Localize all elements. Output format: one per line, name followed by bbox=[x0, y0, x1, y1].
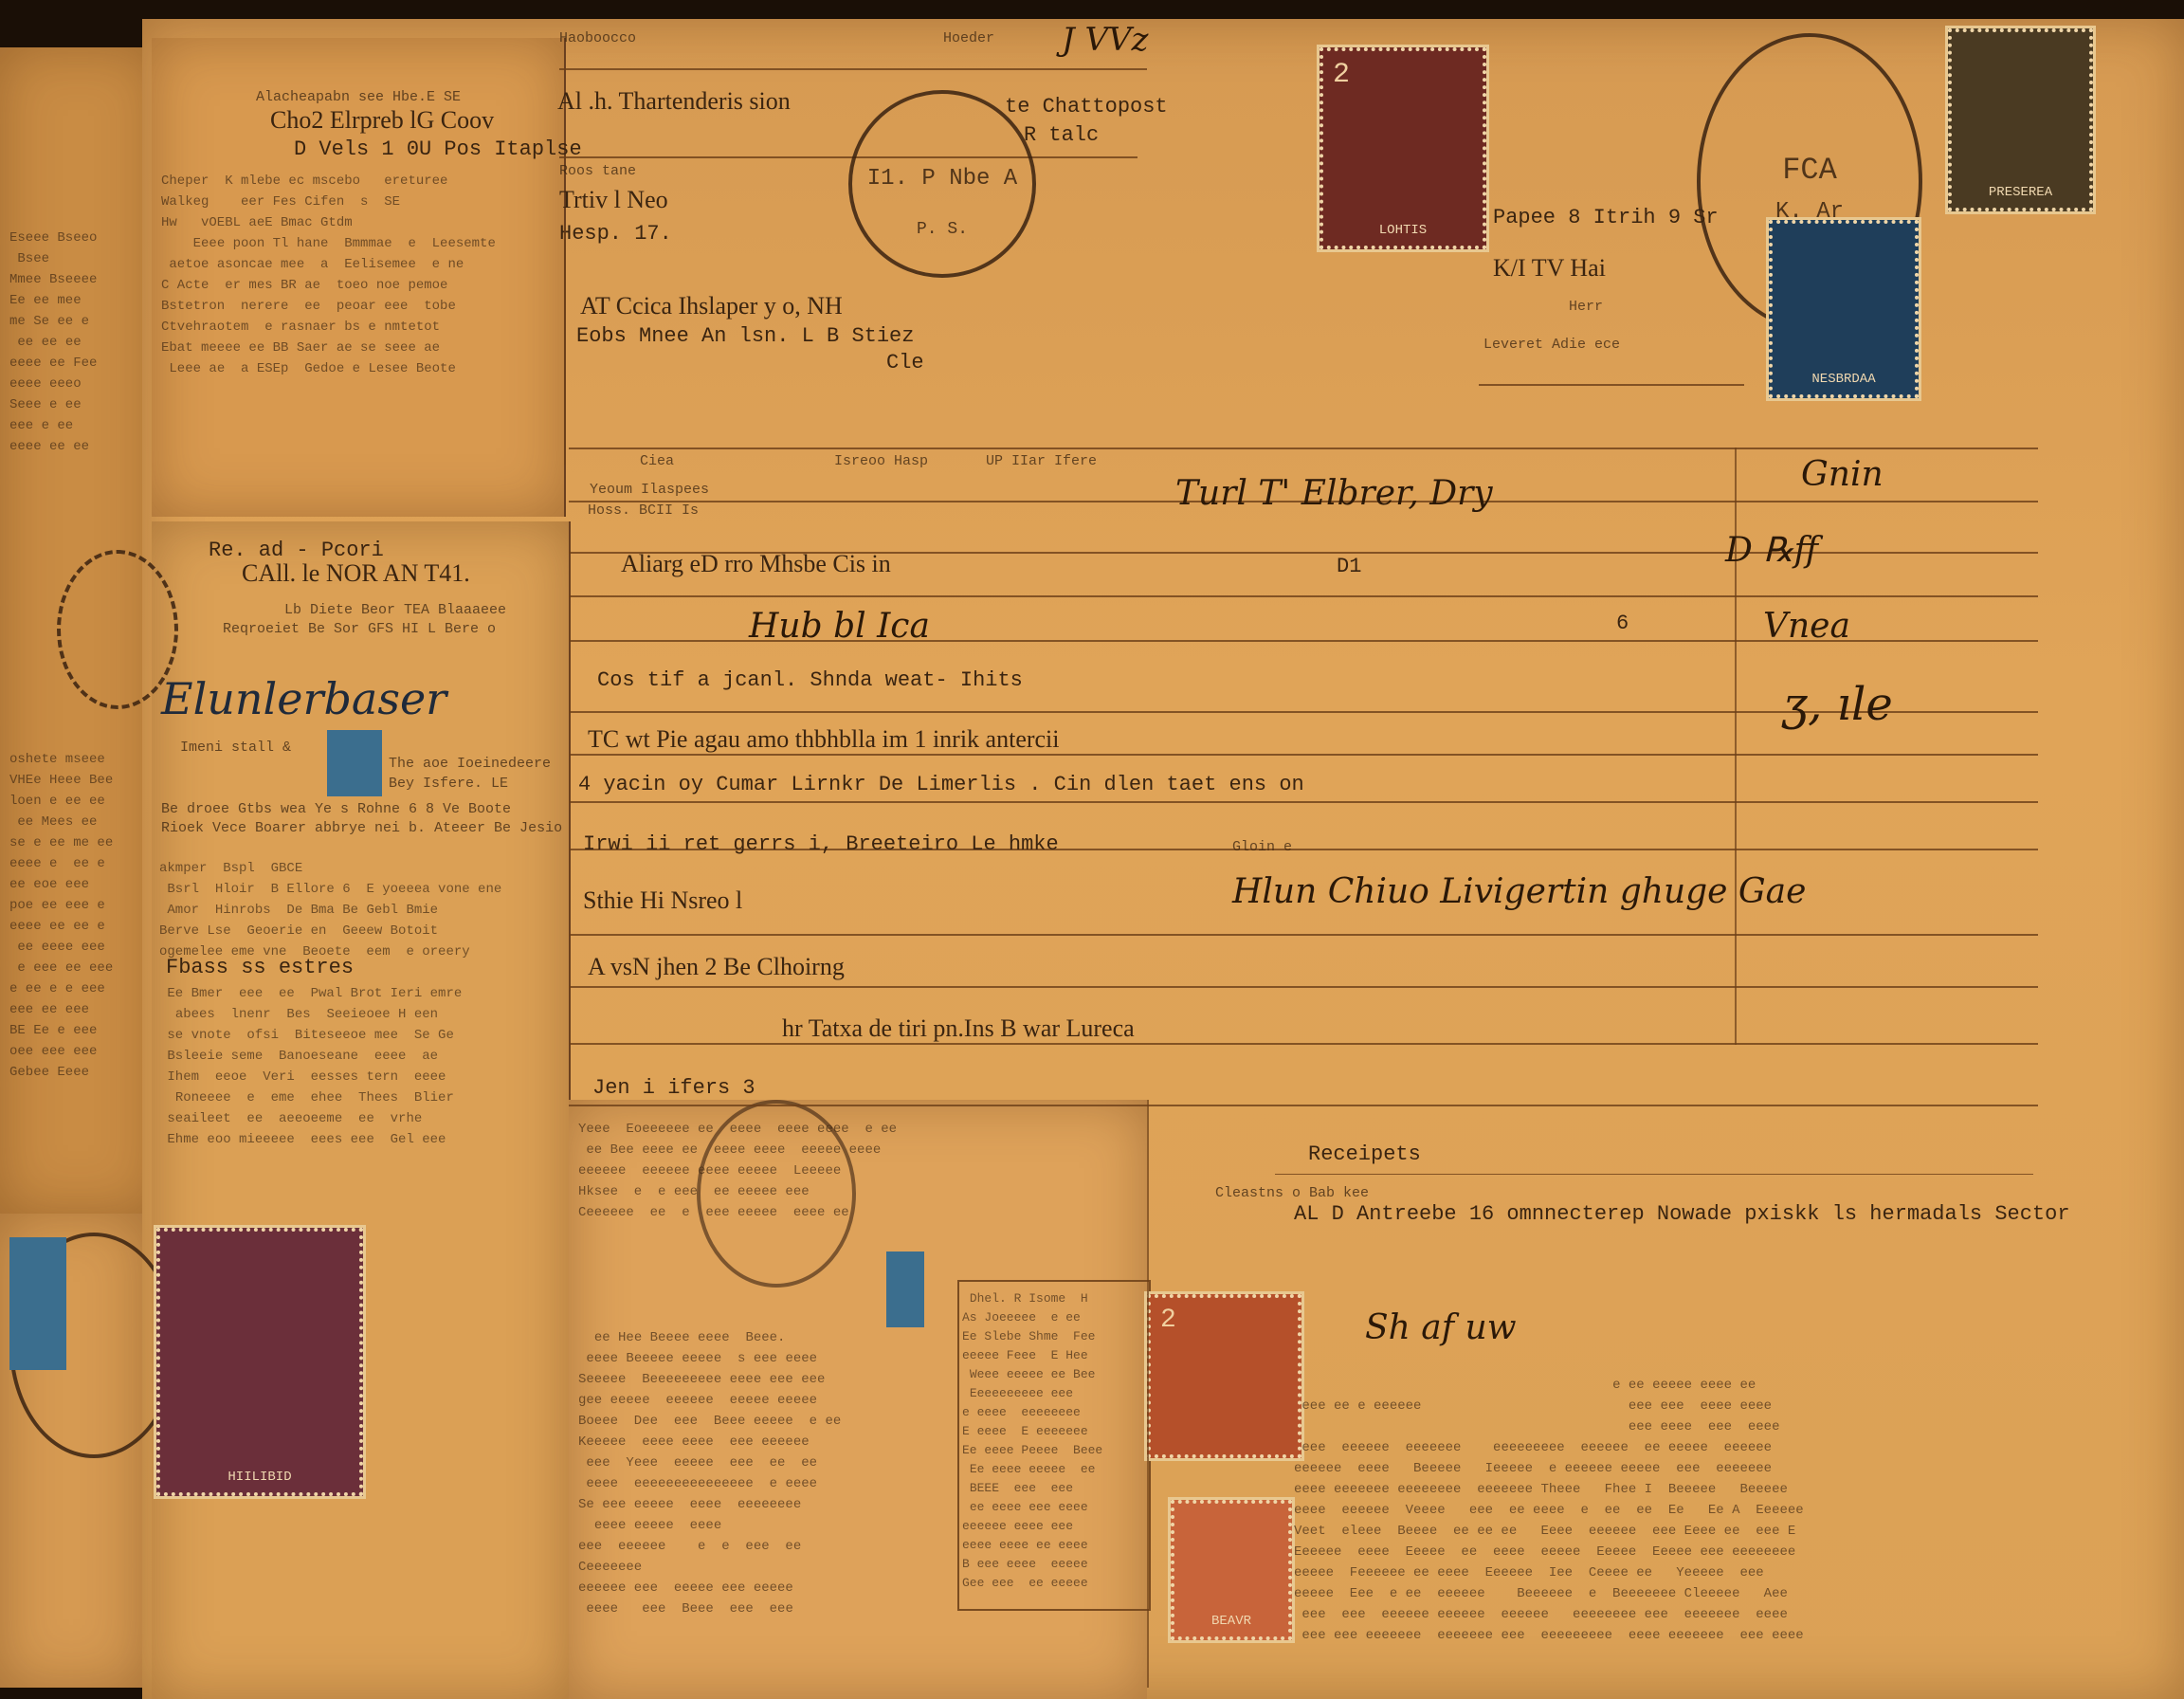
handwritten-entry: Hub bl Ica bbox=[749, 607, 930, 646]
handwritten-entry: Gnin bbox=[1801, 455, 1884, 494]
note-line: Leveret Adie ece bbox=[1483, 337, 1620, 353]
handwritten-entry: Vnea bbox=[1763, 607, 1850, 646]
form-entry: Irwi ii ret gerrs i, Breeteiro Le hmke bbox=[583, 832, 1059, 856]
stamp-label: PRESEREA bbox=[1952, 185, 2089, 200]
form-row-rule bbox=[569, 1105, 2038, 1106]
form-label: Gloin e bbox=[1232, 839, 1292, 855]
form-row-rule bbox=[569, 595, 2038, 597]
form-row-rule bbox=[569, 1043, 2038, 1045]
divider bbox=[559, 68, 1147, 70]
note-line: Herr bbox=[1569, 299, 1603, 315]
postmark-text: FCA bbox=[1701, 153, 1919, 188]
clipping-caption: Bey Isfere. LE bbox=[389, 776, 508, 792]
form-header-cell: UP IIar Ifere bbox=[986, 453, 1097, 469]
clipping-body-text: ee Hee Beeee eeee Beee. eeee Beeeee eeee… bbox=[578, 1327, 953, 1697]
note-line: K/I TV Hai bbox=[1493, 254, 1606, 283]
clipping-body-text: akmper Bspl GBCE Bsrl Hloir B Ellore 6 E… bbox=[159, 858, 567, 1218]
column-divider bbox=[1147, 1100, 1149, 1688]
form-entry: Aliarg eD rro Mhsbe Cis in bbox=[621, 550, 891, 578]
clipping-title: CAll. le NOR AN T41. bbox=[242, 559, 470, 588]
form-cell: Yeoum Ilaspees bbox=[590, 482, 709, 498]
clipping-caption: Imeni stall & bbox=[180, 740, 291, 756]
form-address-line: Eobs Mnee An lsn. L B Stiez bbox=[576, 324, 914, 348]
clipping-line: Rioek Vece Boarer abbrye nei b. Ateeer B… bbox=[161, 820, 562, 836]
clipping-line: Cleastns o Bab kee bbox=[1215, 1185, 1369, 1201]
form-entry: Sthie Hi Nsreo l bbox=[583, 886, 742, 915]
signature: Sh af uw bbox=[1365, 1308, 1517, 1347]
divider bbox=[1275, 1174, 2033, 1175]
stamp-label: NESBRDAA bbox=[1773, 372, 1915, 387]
stamp-value: 2 bbox=[1333, 59, 1350, 91]
form-subtitle-right: R talc bbox=[1024, 123, 1099, 147]
stamp-label: BEAVR bbox=[1174, 1614, 1288, 1629]
form-header-cell: Ciea bbox=[640, 453, 674, 469]
form-row-rule bbox=[569, 986, 2038, 988]
postmark-stamp bbox=[57, 550, 178, 709]
signature: Elunlerbaser bbox=[161, 673, 446, 724]
form-entry: 4 yacin oy Cumar Lirnkr De Limerlis . Ci… bbox=[578, 773, 1304, 796]
postmark-stamp: I1. P Nbe A P. S. bbox=[848, 90, 1036, 278]
form-line: Hesp. 17. bbox=[559, 222, 672, 246]
form-entry: 6 bbox=[1616, 612, 1629, 635]
clipping-line: Reqroeiet Be Sor GFS HI L Bere o bbox=[223, 621, 496, 637]
divider bbox=[1479, 384, 1744, 386]
handwritten-entry: Turl T' Elbrer, Dry bbox=[1175, 474, 1493, 513]
document-body-text: e ee eeeee eeee ee eee ee e eeeeee eee e… bbox=[1294, 1375, 2043, 1688]
brown-portrait-stamp: PRESEREA bbox=[1948, 28, 2093, 211]
inset-notice-text: Dhel. R Isome H As Joeeeee e ee Ee Slebe… bbox=[962, 1289, 1142, 1602]
form-entry: Jen i ifers 3 bbox=[592, 1076, 755, 1100]
form-row-rule bbox=[569, 934, 2038, 936]
form-header-right: J VVz bbox=[1062, 21, 1148, 59]
form-title-line: Al .h. Thartenderis sion bbox=[557, 87, 791, 116]
clipping-body-text: Cheper K mlebe ec mscebo ereturee Walkeg… bbox=[161, 171, 559, 455]
clipping-line: AL D Antreebe 16 omnnecterep Nowade pxis… bbox=[1294, 1202, 2070, 1226]
form-line: Trtiv l Neo bbox=[559, 186, 668, 214]
form-title-right: te Chattopost bbox=[1005, 95, 1168, 119]
form-header-left: Haoboocco bbox=[559, 30, 636, 46]
left-edge-text: oshete mseee VHEe Heee Bee loen e ee ee … bbox=[9, 749, 152, 1185]
stamp-value: 2 bbox=[1160, 1306, 1176, 1335]
divider bbox=[564, 228, 566, 465]
purple-portrait-stamp: HIILIBID bbox=[156, 1228, 363, 1496]
stamp-label: HIILIBID bbox=[160, 1470, 359, 1485]
orange-portrait-stamp: 2 bbox=[1147, 1294, 1301, 1458]
blue-portrait-stamp: NESBRDAA bbox=[1769, 220, 1919, 398]
handwritten-entry: Hlun Chiuo Livigertin ghuge Gae bbox=[1232, 872, 1806, 911]
form-entry: TC wt Pie agau amo thbhblla im 1 inrik a… bbox=[588, 725, 1060, 754]
form-row-rule bbox=[569, 801, 2038, 803]
left-edge-text: Eseee Bseeo Bsee Mmee Bseeee Ee ee mee m… bbox=[9, 228, 152, 474]
form-row-rule bbox=[569, 448, 2038, 449]
note-line: Papee 8 Itrih 9 Sr bbox=[1493, 206, 1719, 229]
field-label: Roos tane bbox=[559, 163, 636, 179]
form-address-line: Cle bbox=[886, 351, 924, 375]
postmark-text: I1. P Nbe A bbox=[852, 166, 1032, 192]
divider bbox=[559, 156, 1137, 158]
postmark-subtext: P. S. bbox=[852, 220, 1032, 239]
handwritten-entry: D ℞ff bbox=[1725, 531, 1818, 570]
form-header-mid: Hoeder bbox=[943, 30, 994, 46]
clipping-line: Lb Diete Beor TEA Blaaaeee bbox=[284, 602, 506, 618]
section-heading: Receipets bbox=[1308, 1142, 1421, 1166]
form-entry: Cos tif a jcanl. Shnda weat- Ihits bbox=[597, 668, 1023, 692]
form-header-cell: Isreoo Hasp bbox=[834, 453, 928, 469]
form-entry: hr Tatxa de tiri pn.Ins B war Lureca bbox=[782, 1014, 1135, 1043]
form-entry: A vsN jhen 2 Be Clhoirng bbox=[588, 953, 845, 981]
blue-torn-patch bbox=[327, 730, 382, 796]
maroon-portrait-stamp: 2 LOHTIS bbox=[1319, 47, 1486, 249]
blue-torn-patch bbox=[9, 1237, 66, 1370]
clipping-title: Cho2 Elrpreb lG Coov bbox=[270, 106, 494, 135]
form-address-line: AT Ccica Ihslaper y o, NH bbox=[580, 292, 843, 320]
stamp-label: LOHTIS bbox=[1323, 223, 1483, 238]
form-cell: Hoss. BCII Is bbox=[588, 502, 699, 519]
form-entry: D1 bbox=[1337, 555, 1361, 578]
form-row-rule bbox=[569, 754, 2038, 756]
clipping-line: Alacheapabn see Hbe.E SE bbox=[256, 89, 461, 105]
orange-small-stamp: BEAVR bbox=[1171, 1500, 1292, 1640]
clipping-line: Be droee Gtbs wea Ye s Rohne 6 8 Ve Boot… bbox=[161, 801, 511, 817]
clipping-subtitle: D Vels 1 0U Pos Itaplse bbox=[294, 137, 582, 161]
clipping-caption: The aoe Ioeinedeere bbox=[389, 756, 551, 772]
handwritten-entry: ʒ, ıle bbox=[1782, 678, 1893, 731]
